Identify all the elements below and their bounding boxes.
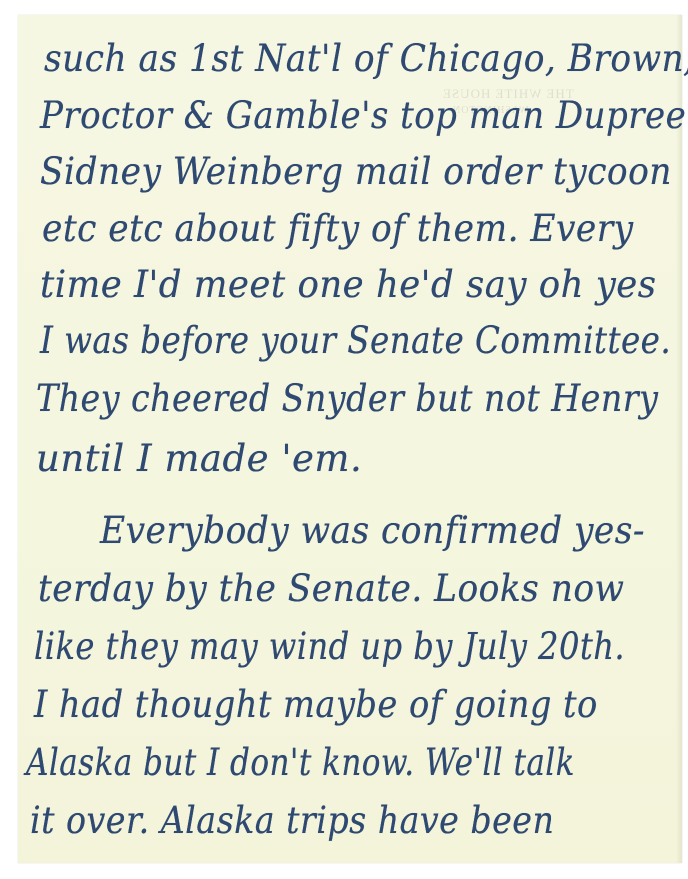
handwritten-line-12: I had thought maybe of going to <box>34 686 598 723</box>
handwritten-line-8: until I made 'em. <box>36 440 362 477</box>
handwritten-line-4: etc etc about fifty of them. Every <box>42 210 634 247</box>
handwritten-line-14: it over. Alaska trips have been <box>30 802 554 839</box>
handwritten-line-6: I was before your Senate Committee. <box>40 322 671 359</box>
handwritten-line-10: terday by the Senate. Looks now <box>38 570 624 607</box>
handwritten-line-7: They cheered Snyder but not Henry <box>36 380 658 417</box>
handwritten-line-1: such as 1st Nat'l of Chicago, Brown; <box>44 40 688 77</box>
handwritten-line-5: time I'd meet one he'd say oh yes <box>40 266 656 303</box>
handwritten-line-3: Sidney Weinberg mail order tycoon <box>40 153 672 190</box>
handwritten-line-2: Proctor & Gamble's top man Dupree <box>40 97 686 134</box>
handwritten-line-11: like they may wind up by July 20th. <box>34 628 625 665</box>
handwritten-line-9: Everybody was confirmed yes- <box>100 512 645 549</box>
handwritten-line-13: Alaska but I don't know. We'll talk <box>26 744 575 781</box>
